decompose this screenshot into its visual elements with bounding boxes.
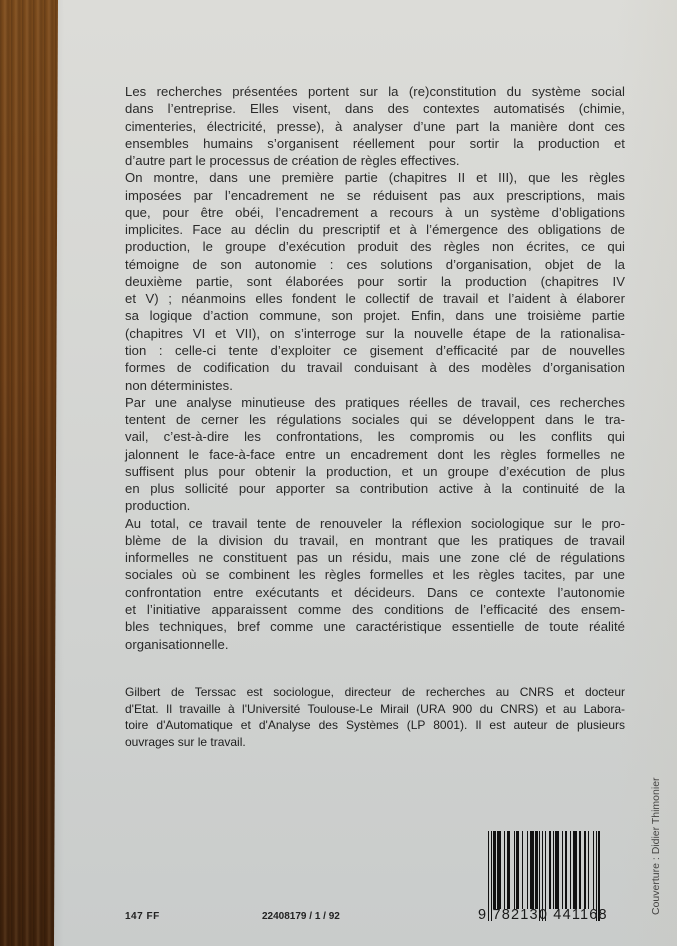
barcode-space [600, 831, 601, 909]
author-bio-line: toire d'Automatique et d'Analyse des Sys… [125, 717, 625, 734]
price-label: 147 FF [125, 911, 160, 922]
cover-credit: Couverture : Didier Thimonier [650, 777, 662, 915]
blurb-line: cimenteries, électricité, presse), à ana… [125, 118, 625, 135]
blurb-line: deuxième partie, sont élaborées pour sor… [125, 273, 625, 290]
blurb-line: informelles ne constituent pas un résidu… [125, 549, 625, 566]
blurb-line: que, pour être obéi, l’encadrement a rec… [125, 204, 625, 221]
blurb-line: d’autre part le processus de création de… [125, 152, 625, 169]
blurb-line: non déterministes. [125, 377, 625, 394]
blurb-line: dans l’entreprise. Elles visent, dans de… [125, 100, 625, 117]
blurb-line: Au total, ce travail tente de renouveler… [125, 515, 625, 532]
blurb-line: sociales où se combinent les règles form… [125, 566, 625, 583]
author-bio: Gilbert de Terssac est sociologue, direc… [125, 684, 625, 751]
blurb-line: en plus sollicité pour apporter sa contr… [125, 480, 625, 497]
blurb-line: Par une analyse minutieuse des pratiques… [125, 394, 625, 411]
blurb-line: production. [125, 497, 625, 514]
blurb-line: tion : celle-ci tente d’exploiter ce gis… [125, 342, 625, 359]
blurb-line: sa logique d’action commune, son projet.… [125, 307, 625, 324]
blurb-line: tentent de cerner les régulations social… [125, 411, 625, 428]
author-bio-line: Gilbert de Terssac est sociologue, direc… [125, 684, 625, 701]
blurb-line: bles techniques, bref comme une caractér… [125, 618, 625, 635]
blurb-line: production, le groupe d’exécution produi… [125, 238, 625, 255]
blurb-line: ensembles humains s’organisent réellemen… [125, 135, 625, 152]
blurb-line: blème de la division du travail, en mont… [125, 532, 625, 549]
author-bio-line: d'Etat. Il travaille à l'Université Toul… [125, 701, 625, 718]
blurb-line: implicites. Face au déclin du prescripti… [125, 221, 625, 238]
print-code: 22408179 / 1 / 92 [262, 911, 340, 922]
isbn-barcode: 9 782130 441168 [478, 831, 618, 926]
blurb-text: Les recherches présentées portent sur la… [125, 83, 625, 653]
blurb-line: et V) ; néanmoins elles fondent le colle… [125, 290, 625, 307]
blurb-line: confrontation entre exécutants et décide… [125, 584, 625, 601]
blurb-line: organisationnelle. [125, 636, 625, 653]
blurb-line: Les recherches présentées portent sur la… [125, 83, 625, 100]
isbn-digits: 9 782130 441168 [478, 907, 608, 923]
blurb-line: et l’initiative apparaissent comme des c… [125, 601, 625, 618]
blurb-line: On montre, dans une première partie (cha… [125, 169, 625, 186]
blurb-line: imposées par l’encadrement ne se réduise… [125, 187, 625, 204]
blurb-line: suffisent plus pour obtenir la productio… [125, 463, 625, 480]
blurb-line: vail, c’est-à-dire les confrontations, l… [125, 428, 625, 445]
blurb-line: formes de codification du travail condui… [125, 359, 625, 376]
blurb-line: témoigne de son autonomie : ces solution… [125, 256, 625, 273]
book-back-cover: Les recherches présentées portent sur la… [54, 0, 677, 946]
barcode-bars [488, 831, 616, 911]
author-bio-line: ouvrages sur le travail. [125, 734, 625, 751]
blurb-line: (chapitres VI et VII), on s’interroge su… [125, 325, 625, 342]
blurb-line: jalonnent le face-à-face entre un encadr… [125, 446, 625, 463]
